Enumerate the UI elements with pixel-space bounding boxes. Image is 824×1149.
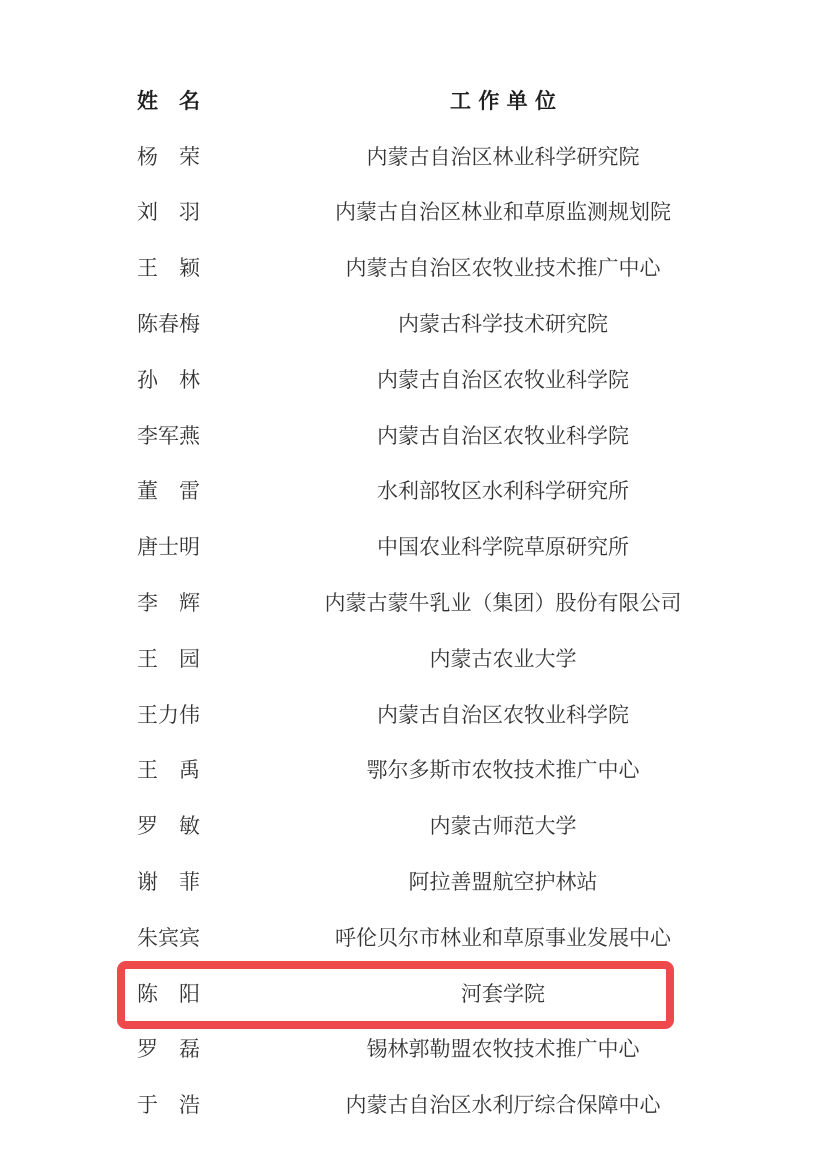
work-unit: 鄂尔多斯市农牧技术推广中心 — [203, 754, 803, 784]
name-unit-table: 姓 名 工 作 单 位 杨 荣 内蒙古自治区林业科学研究院 刘 羽 内蒙古自治区… — [0, 0, 824, 1132]
table-row: 刘 羽 内蒙古自治区林业和草原监测规划院 — [0, 184, 824, 240]
work-unit: 内蒙古自治区林业科学研究院 — [203, 141, 803, 171]
table-row: 李 辉 内蒙古蒙牛乳业（集团）股份有限公司 — [0, 574, 824, 630]
work-unit: 内蒙古自治区农牧业技术推广中心 — [203, 252, 803, 282]
work-unit: 内蒙古自治区农牧业科学院 — [203, 420, 803, 450]
table-row: 孙 林 内蒙古自治区农牧业科学院 — [0, 351, 824, 407]
table-row: 谢 菲 阿拉善盟航空护林站 — [0, 853, 824, 909]
table-row: 罗 敏 内蒙古师范大学 — [0, 797, 824, 853]
table-row: 王 禹 鄂尔多斯市农牧技术推广中心 — [0, 742, 824, 798]
work-unit: 呼伦贝尔市林业和草原事业发展中心 — [203, 922, 803, 952]
person-name: 陈春梅 — [137, 308, 203, 338]
table-row: 朱宾宾 呼伦贝尔市林业和草原事业发展中心 — [0, 909, 824, 965]
work-unit: 内蒙古师范大学 — [203, 810, 803, 840]
table-row-highlighted: 陈 阳 河套学院 — [0, 965, 824, 1021]
person-name: 罗 敏 — [137, 810, 203, 840]
person-name: 唐士明 — [137, 531, 203, 561]
work-unit: 内蒙古自治区林业和草原监测规划院 — [203, 196, 803, 226]
work-unit: 河套学院 — [203, 978, 803, 1008]
person-name: 谢 菲 — [137, 866, 203, 896]
work-unit: 水利部牧区水利科学研究所 — [203, 475, 803, 505]
table-row: 陈春梅 内蒙古科学技术研究院 — [0, 295, 824, 351]
person-name: 王力伟 — [137, 699, 203, 729]
person-name: 董 雷 — [137, 475, 203, 505]
work-unit: 内蒙古科学技术研究院 — [203, 308, 803, 338]
table-row: 王 颖 内蒙古自治区农牧业技术推广中心 — [0, 239, 824, 295]
table-body: 杨 荣 内蒙古自治区林业科学研究院 刘 羽 内蒙古自治区林业和草原监测规划院 王… — [0, 128, 824, 1132]
person-name: 王 颖 — [137, 252, 203, 282]
work-unit: 内蒙古自治区农牧业科学院 — [203, 364, 803, 394]
person-name: 王 禹 — [137, 754, 203, 784]
table-row: 李军燕 内蒙古自治区农牧业科学院 — [0, 407, 824, 463]
person-name: 孙 林 — [137, 364, 203, 394]
person-name: 王 园 — [137, 643, 203, 673]
table-row: 杨 荣 内蒙古自治区林业科学研究院 — [0, 128, 824, 184]
person-name: 罗 磊 — [137, 1033, 203, 1063]
work-unit: 中国农业科学院草原研究所 — [203, 531, 803, 561]
document-page: 姓 名 工 作 单 位 杨 荣 内蒙古自治区林业科学研究院 刘 羽 内蒙古自治区… — [0, 0, 824, 1149]
work-unit: 内蒙古自治区农牧业科学院 — [203, 699, 803, 729]
table-row: 王力伟 内蒙古自治区农牧业科学院 — [0, 686, 824, 742]
person-name: 李 辉 — [137, 587, 203, 617]
work-unit: 内蒙古农业大学 — [203, 643, 803, 673]
work-unit: 锡林郭勒盟农牧技术推广中心 — [203, 1033, 803, 1063]
work-unit: 阿拉善盟航空护林站 — [203, 866, 803, 896]
name-column-header: 姓 名 — [137, 85, 203, 115]
person-name: 朱宾宾 — [137, 922, 203, 952]
person-name: 李军燕 — [137, 420, 203, 450]
person-name: 陈 阳 — [137, 978, 203, 1008]
work-unit: 内蒙古蒙牛乳业（集团）股份有限公司 — [203, 587, 803, 617]
work-unit: 内蒙古自治区水利厅综合保障中心 — [203, 1089, 803, 1119]
table-row: 罗 磊 锡林郭勒盟农牧技术推广中心 — [0, 1021, 824, 1077]
person-name: 于 浩 — [137, 1089, 203, 1119]
table-row: 于 浩 内蒙古自治区水利厅综合保障中心 — [0, 1076, 824, 1132]
table-header-row: 姓 名 工 作 单 位 — [0, 72, 824, 128]
table-row: 董 雷 水利部牧区水利科学研究所 — [0, 463, 824, 519]
table-row: 王 园 内蒙古农业大学 — [0, 630, 824, 686]
table-row: 唐士明 中国农业科学院草原研究所 — [0, 518, 824, 574]
unit-column-header: 工 作 单 位 — [203, 85, 803, 115]
person-name: 杨 荣 — [137, 141, 203, 171]
person-name: 刘 羽 — [137, 196, 203, 226]
